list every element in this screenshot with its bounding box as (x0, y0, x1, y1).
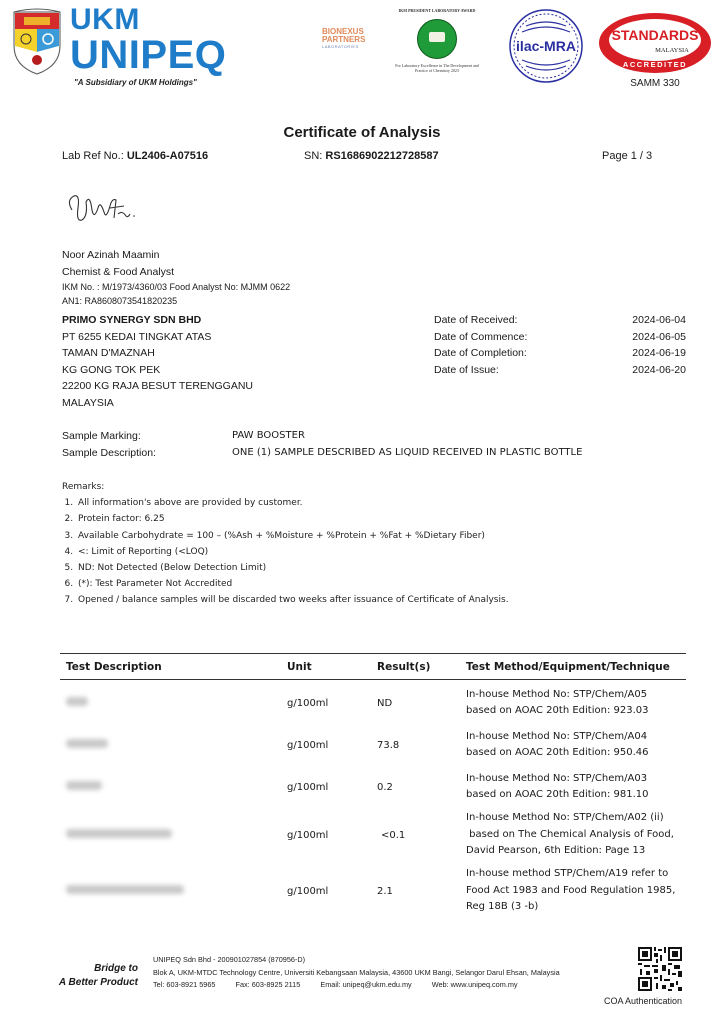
footer-company: UNIPEQ Sdn Bhd - 200901027854 (870956-D) (153, 954, 560, 967)
table-row: g/100ml <0.1 In-house Method No: STP/Che… (60, 808, 686, 862)
results-table: Test Description Unit Result(s) Test Met… (60, 653, 686, 920)
remark-item: All information's above are provided by … (76, 495, 509, 511)
sample-marking-value: PAW BOOSTER (232, 428, 305, 445)
ukm-crest-logo (10, 6, 64, 76)
method-cell: In-house Method No: STP/Chem/A04 based o… (466, 729, 686, 762)
test-description-redacted (60, 739, 287, 751)
table-row: g/100ml 2.1 In-house method STP/Chem/A19… (60, 862, 686, 920)
result-cell: 0.2 (377, 782, 466, 793)
remarks-list: All information's above are provided by … (62, 495, 509, 608)
test-description-redacted (60, 829, 287, 841)
footer-email[interactable]: Email: unipeq@ukm.edu.my (320, 980, 411, 989)
footer-web[interactable]: Web: www.unipeq.com.my (432, 980, 518, 989)
bionexus-line2: PARTNERS (322, 36, 378, 44)
analyst-block: Noor Azinah Maamin Chemist & Food Analys… (62, 247, 290, 308)
bionexus-line3: LABORATORIES (322, 44, 378, 49)
date-label: Date of Received: (434, 312, 517, 329)
method-cell: In-house method STP/Chem/A19 refer to Fo… (466, 866, 686, 916)
client-address-block: PRIMO SYNERGY SDN BHD PT 6255 KEDAI TING… (62, 312, 253, 411)
qr-code-icon[interactable] (638, 947, 682, 991)
client-address-line: TAMAN D'MAZNAH (62, 345, 253, 362)
header-results: Result(s) (377, 661, 466, 673)
date-label: Date of Commence: (434, 329, 527, 346)
page-indicator: Page 1 / 3 (602, 150, 652, 162)
dates-block: Date of Received:2024-06-04 Date of Comm… (434, 312, 686, 378)
analyst-signature (64, 190, 144, 230)
sample-block: Sample Marking: PAW BOOSTER Sample Descr… (62, 428, 582, 461)
award-logo: IKM PRESIDENT LABORATORY AWARD For Labor… (390, 8, 484, 94)
header-unit: Unit (287, 661, 377, 673)
remark-item: ND: Not Detected (Below Detection Limit) (76, 560, 509, 576)
footer-slogan: Bridge to A Better Product (56, 962, 138, 990)
standards-accredited: ACCREDITED (623, 60, 687, 69)
ilac-text: ilac-MRA (516, 38, 576, 54)
analyst-ikm: IKM No. : M/1973/4360/03 Food Analyst No… (62, 280, 290, 294)
sn-label: SN: (304, 150, 322, 162)
remark-item: (*): Test Parameter Not Accredited (76, 576, 509, 592)
unit-cell: g/100ml (287, 830, 377, 841)
slogan-line2: A Better Product (56, 976, 138, 990)
lab-ref-value: UL2406-A07516 (127, 150, 208, 162)
standards-title: STANDARDS (612, 27, 699, 43)
standards-code: SAMM 330 (630, 78, 680, 89)
method-line: David Pearson, 6th Edition: Page 13 (466, 843, 686, 860)
standards-country: MALAYSIA (655, 47, 689, 54)
lab-ref: Lab Ref No.: UL2406-A07516 (62, 150, 208, 162)
method-line: Food Act 1983 and Food Regulation 1985, (466, 883, 686, 900)
method-line: based on AOAC 20th Edition: 950.46 (466, 745, 686, 762)
client-address-line: PT 6255 KEDAI TINGKAT ATAS (62, 329, 253, 346)
serial-number: SN: RS1686902212728587 (304, 150, 439, 162)
result-cell: 2.1 (377, 886, 466, 897)
remark-item: Available Carbohydrate = 100 – (%Ash + %… (76, 528, 509, 544)
result-cell: 73.8 (377, 740, 466, 751)
standards-malaysia-logo: STANDARDS MALAYSIA ACCREDITED SAMM 330 (596, 10, 714, 90)
date-label: Date of Completion: (434, 345, 527, 362)
method-line: based on The Chemical Analysis of Food, (466, 827, 686, 844)
method-line: In-house Method No: STP/Chem/A02 (ii) (466, 810, 686, 827)
date-value: 2024-06-04 (632, 312, 686, 329)
analyst-name: Noor Azinah Maamin (62, 247, 290, 264)
client-address-line: MALAYSIA (62, 395, 253, 412)
brand-line2: UNIPEQ (70, 36, 226, 74)
test-description-redacted (60, 885, 287, 897)
award-badge-icon (417, 19, 457, 59)
table-row: g/100ml 0.2 In-house Method No: STP/Chem… (60, 766, 686, 808)
method-line: In-house Method No: STP/Chem/A04 (466, 729, 686, 746)
result-cell: ND (377, 698, 466, 709)
date-value: 2024-06-19 (632, 345, 686, 362)
footer-tel: Tel: 603-8921 5965 (153, 980, 215, 989)
sample-description-value: ONE (1) SAMPLE DESCRIBED AS LIQUID RECEI… (232, 445, 582, 462)
method-cell: In-house Method No: STP/Chem/A02 (ii) ba… (466, 810, 686, 860)
footer-company-info: UNIPEQ Sdn Bhd - 200901027854 (870956-D)… (153, 954, 560, 992)
method-line: based on AOAC 20th Edition: 923.03 (466, 703, 686, 720)
qr-caption: COA Authentication (604, 996, 682, 1006)
header-method: Test Method/Equipment/Technique (466, 661, 686, 673)
award-caption: For Laboratory Excellence in The Develop… (390, 63, 484, 73)
ilac-mra-logo: ilac-MRA (508, 8, 584, 84)
ukm-unipeq-logo-text: UKM UNIPEQ (70, 4, 226, 74)
table-row: g/100ml ND In-house Method No: STP/Chem/… (60, 682, 686, 724)
sample-marking-label: Sample Marking: (62, 428, 232, 445)
date-received: Date of Received:2024-06-04 (434, 312, 686, 329)
result-cell: <0.1 (377, 830, 466, 841)
remark-item: Opened / balance samples will be discard… (76, 592, 509, 608)
date-issue: Date of Issue:2024-06-20 (434, 362, 686, 379)
brand-tagline: "A Subsidiary of UKM Holdings" (74, 78, 197, 87)
unit-cell: g/100ml (287, 740, 377, 751)
footer-address: Blok A, UKM-MTDC Technology Centre, Univ… (153, 967, 560, 980)
method-cell: In-house Method No: STP/Chem/A05 based o… (466, 687, 686, 720)
sample-marking: Sample Marking: PAW BOOSTER (62, 428, 582, 445)
date-commence: Date of Commence:2024-06-05 (434, 329, 686, 346)
sn-value: RS1686902212728587 (325, 150, 438, 162)
sample-description: Sample Description: ONE (1) SAMPLE DESCR… (62, 445, 582, 462)
remarks-block: Remarks: All information's above are pro… (62, 479, 509, 609)
method-line: In-house Method No: STP/Chem/A03 (466, 771, 686, 788)
unit-cell: g/100ml (287, 782, 377, 793)
date-value: 2024-06-05 (632, 329, 686, 346)
method-line: Reg 18B (3 -b) (466, 899, 686, 916)
award-title: IKM PRESIDENT LABORATORY AWARD (390, 8, 484, 13)
test-description-redacted (60, 781, 287, 793)
unit-cell: g/100ml (287, 886, 377, 897)
method-line: based on AOAC 20th Edition: 981.10 (466, 787, 686, 804)
date-completion: Date of Completion:2024-06-19 (434, 345, 686, 362)
client-name: PRIMO SYNERGY SDN BHD (62, 312, 253, 329)
footer-fax: Fax: 603-8925 2115 (236, 980, 301, 989)
unit-cell: g/100ml (287, 698, 377, 709)
document-title: Certificate of Analysis (0, 124, 724, 141)
table-row: g/100ml 73.8 In-house Method No: STP/Che… (60, 724, 686, 766)
test-description-redacted (60, 697, 287, 709)
client-address-line: KG GONG TOK PEK (62, 362, 253, 379)
client-address-line: 22200 KG RAJA BESUT TERENGGANU (62, 378, 253, 395)
analyst-an1: AN1: RA8608073541820235 (62, 294, 290, 308)
bionexus-logo: BIONEXUS PARTNERS LABORATORIES (322, 28, 378, 56)
header-test-description: Test Description (60, 661, 287, 673)
date-value: 2024-06-20 (632, 362, 686, 379)
lab-ref-label: Lab Ref No.: (62, 150, 124, 162)
sample-description-label: Sample Description: (62, 445, 232, 462)
method-cell: In-house Method No: STP/Chem/A03 based o… (466, 771, 686, 804)
remark-item: Protein factor: 6.25 (76, 511, 509, 527)
method-line: In-house method STP/Chem/A19 refer to (466, 866, 686, 883)
brand-line1: UKM (70, 4, 226, 36)
remarks-title: Remarks: (62, 479, 509, 495)
method-line: In-house Method No: STP/Chem/A05 (466, 687, 686, 704)
footer-contact: Tel: 603-8921 5965 Fax: 603-8925 2115 Em… (153, 979, 560, 992)
analyst-role: Chemist & Food Analyst (62, 264, 290, 281)
remark-item: <: Limit of Reporting (<LOQ) (76, 544, 509, 560)
slogan-line1: Bridge to (56, 962, 138, 976)
date-label: Date of Issue: (434, 362, 499, 379)
table-header: Test Description Unit Result(s) Test Met… (60, 653, 686, 680)
